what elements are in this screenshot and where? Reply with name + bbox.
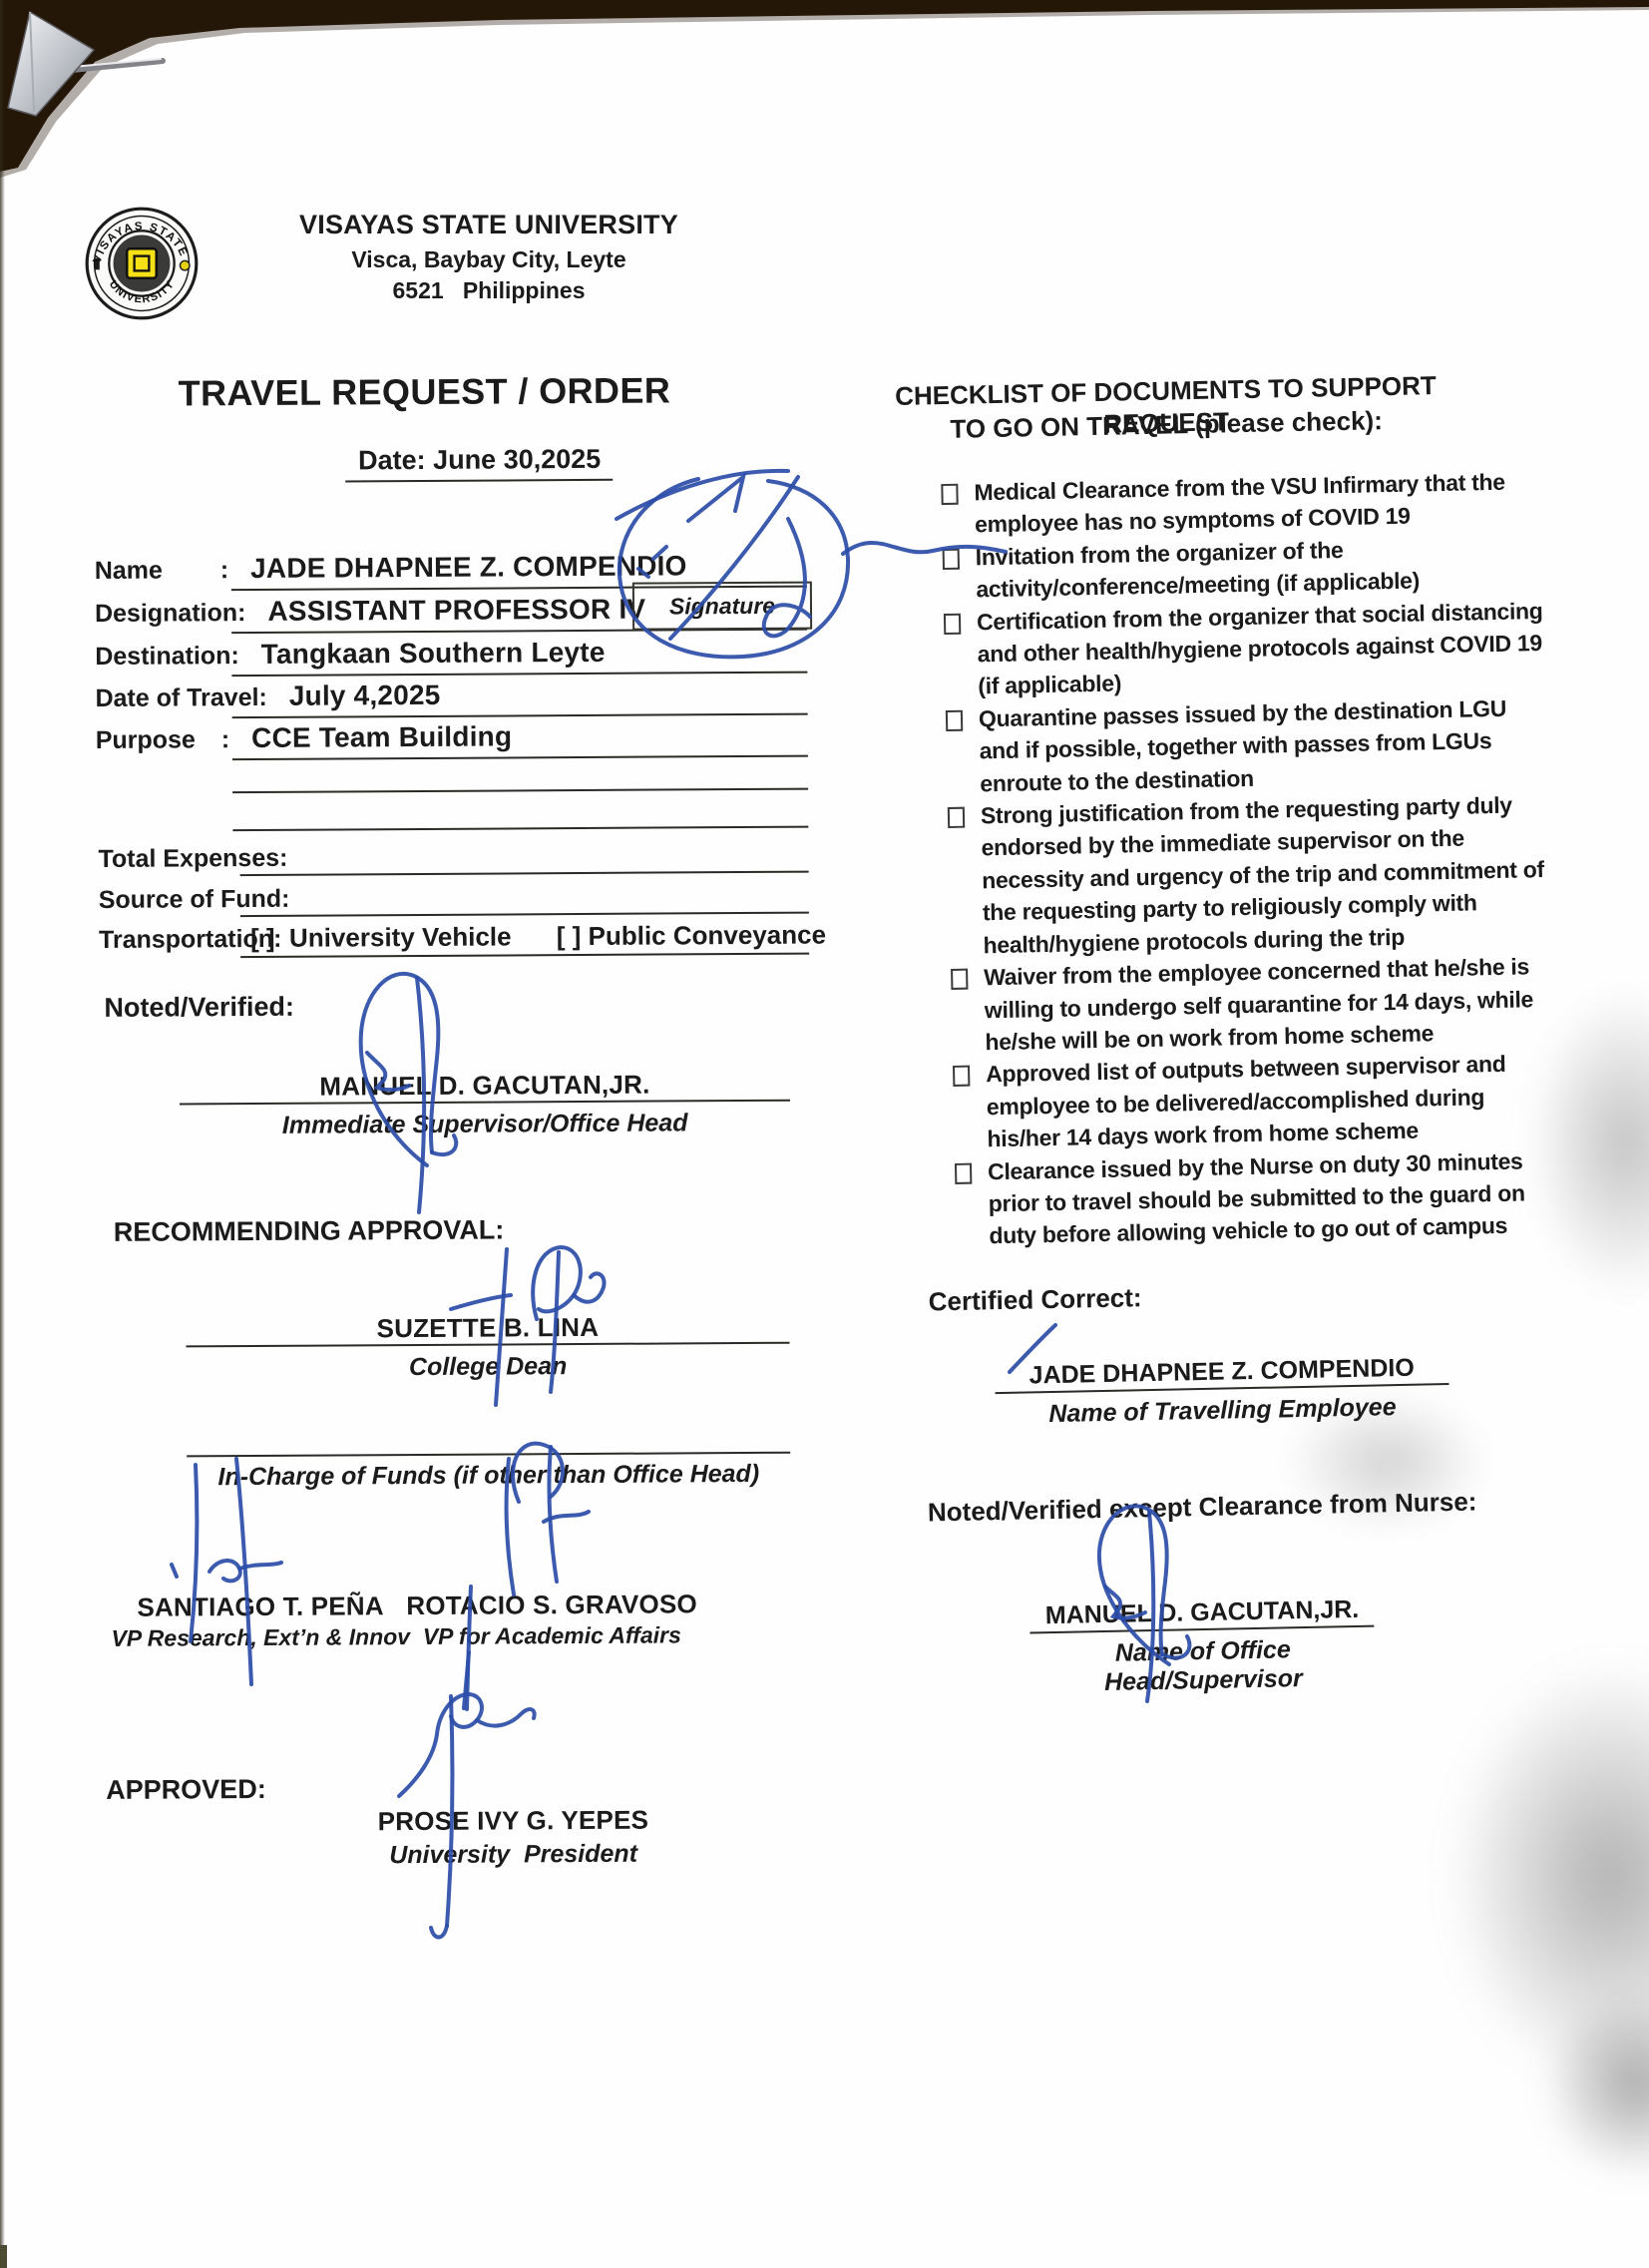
recommending-approval-heading: RECOMMENDING APPROVAL:: [114, 1214, 505, 1247]
checkbox-icon: [943, 549, 960, 570]
checklist-item-text: Clearance issued by the Nurse on duty 30…: [988, 1147, 1525, 1249]
dean-name: SUZETTE B. LINA: [186, 1311, 789, 1346]
field-label: Designation: [95, 599, 237, 629]
checklist-item: Invitation from the organizer of the act…: [939, 530, 1544, 607]
vp-academic-name: ROTACIO S. GRAVOSO: [392, 1588, 711, 1621]
field-colon: :: [221, 725, 230, 754]
field-colon: :: [258, 683, 267, 712]
checklist-items: Medical Clearance from the VSU Infirmary…: [938, 465, 1557, 1253]
field-label: Date of Travel: [95, 683, 258, 713]
form-row-name: Name : JADE DHAPNEE Z. COMPENDIO: [95, 553, 687, 586]
checklist-item-text: Medical Clearance from the VSU Infirmary…: [974, 469, 1505, 538]
president-title: University President: [359, 1839, 668, 1870]
purpose-extra-line: [232, 788, 808, 794]
vp-research-title: VP Research, Ext’n & Innov: [103, 1623, 418, 1652]
field-value: July 4,2025: [289, 680, 441, 712]
approved-heading: APPROVED:: [106, 1774, 266, 1806]
checklist-item-text: Waiver from the employee concerned that …: [984, 953, 1533, 1055]
checklist-column: CHECKLIST OF DOCUMENTS TO SUPPORT REQUES…: [888, 360, 1624, 1791]
checkbox-icon: [953, 1066, 970, 1087]
scan-corner-speck: [0, 2245, 7, 2268]
president-name: PROSE IVY G. YEPES: [358, 1804, 667, 1837]
field-underline: [231, 672, 807, 678]
field-value: Tangkaan Southern Leyte: [261, 637, 606, 671]
vp-academic-title: VP for Academic Affairs: [394, 1621, 709, 1650]
total-expenses-label: Total Expenses:: [98, 844, 287, 874]
checklist-item: Clearance issued by the Nurse on duty 30…: [952, 1143, 1558, 1252]
field-value: JADE DHAPNEE Z. COMPENDIO: [250, 550, 687, 585]
in-charge-underline: [187, 1452, 790, 1458]
checkbox-icon: [944, 613, 961, 634]
transportation-public-conveyance-option: [ ] Public Conveyance: [557, 920, 826, 952]
field-value: ASSISTANT PROFESSOR IV: [267, 594, 645, 628]
date-underline: [345, 479, 613, 483]
source-of-fund-label: Source of Fund:: [99, 885, 290, 915]
checklist-item-text: Strong justification from the requesting…: [981, 792, 1544, 958]
field-label: Name: [95, 556, 220, 586]
checkbox-icon: [946, 710, 963, 731]
document-title: TRAVEL REQUEST / ORDER: [179, 369, 671, 414]
field-colon: :: [237, 599, 246, 628]
signature-box-label: Signature: [669, 592, 775, 620]
checklist-item: Approved list of outputs between supervi…: [950, 1047, 1556, 1155]
travelling-employee-caption: Name of Travelling Employee: [996, 1392, 1449, 1430]
checkbox-icon: [951, 969, 968, 990]
transportation-options: [ ] University Vehicle [ ] Public Convey…: [250, 920, 826, 955]
field-label: Destination: [95, 642, 230, 672]
purpose-extra-line: [232, 826, 808, 832]
supervisor-title: Immediate Supervisor/Office Head: [180, 1109, 790, 1141]
checklist-item-text: Invitation from the organizer of the act…: [976, 537, 1421, 603]
source-of-fund-underline: [240, 912, 809, 917]
form-row-date-of-travel: Date of Travel : July 4,2025: [95, 682, 440, 713]
total-expenses-underline: [240, 871, 809, 876]
field-colon: :: [220, 556, 229, 585]
checklist-item: Medical Clearance from the VSU Infirmary…: [938, 465, 1543, 542]
field-underline: [232, 755, 808, 761]
form-row-destination: Destination : Tangkaan Southern Leyte: [95, 640, 605, 672]
field-underline: [232, 713, 808, 719]
noted-except-nurse-heading: Noted/Verified except Clearance from Nur…: [928, 1487, 1477, 1529]
field-label: Purpose: [96, 725, 221, 755]
certified-correct-heading: Certified Correct:: [928, 1282, 1141, 1317]
in-charge-caption: In-Charge of Funds (if other than Office…: [187, 1460, 790, 1493]
checkbox-icon: [955, 1162, 972, 1183]
form-row-designation: Designation : ASSISTANT PROFESSOR IV: [95, 597, 645, 629]
checklist-item-text: Certification from the organizer that so…: [977, 598, 1543, 699]
dean-title: College Dean: [187, 1351, 790, 1384]
checklist-item-text: Approved list of outputs between supervi…: [986, 1051, 1506, 1151]
supervisor-name: MANUEL D. GACUTAN,JR.: [180, 1069, 790, 1104]
checklist-item: Quarantine passes issued by the destinat…: [943, 691, 1549, 800]
checklist-item-text: Quarantine passes issued by the destinat…: [979, 695, 1507, 796]
office-head-caption: Name of Office Head/Supervisor: [1024, 1633, 1384, 1698]
scanned-travel-request-form: VISAYAS STATE UNIVERSITY VISAYAS STATE U…: [0, 0, 1649, 2268]
form-row-purpose: Purpose : CCE Team Building: [96, 723, 513, 755]
field-value: CCE Team Building: [251, 720, 512, 754]
vp-research-name: SANTIAGO T. PEÑA: [111, 1590, 410, 1623]
checklist-item: Strong justification from the requesting…: [945, 788, 1552, 962]
signature-box: Signature: [632, 582, 812, 631]
noted-verified-heading: Noted/Verified:: [104, 992, 294, 1024]
checklist-item: Certification from the organizer that so…: [941, 595, 1547, 703]
date-label: Date:: [358, 445, 426, 475]
transportation-university-vehicle-option: [ ] University Vehicle: [250, 921, 512, 953]
date-line: Date: June 30,2025: [358, 444, 601, 476]
checkbox-icon: [941, 484, 958, 505]
checkbox-icon: [948, 807, 965, 828]
field-colon: :: [230, 642, 239, 671]
date-value: June 30,2025: [433, 444, 601, 475]
checklist-item: Waiver from the employee concerned that …: [948, 950, 1554, 1059]
